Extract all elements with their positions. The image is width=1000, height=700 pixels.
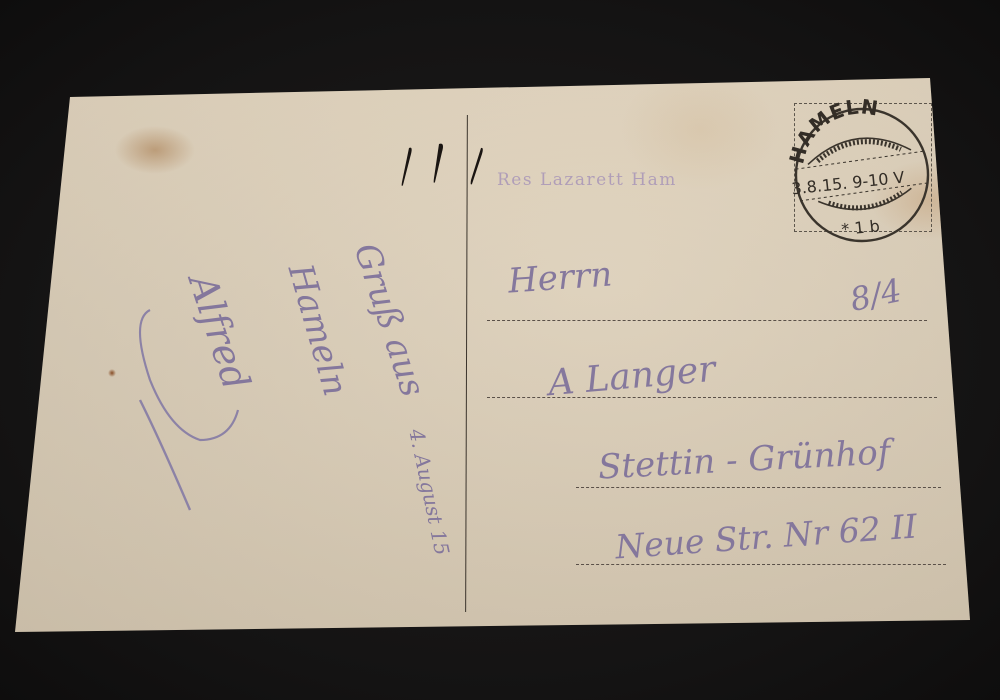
signature-flourish-icon (130, 290, 270, 530)
postmark-bottom: * 1 b (840, 216, 880, 239)
postmark-icon: HAMELN 3.8.15. 9-10 V * 1 b (775, 95, 950, 245)
address-line-3 (576, 487, 941, 488)
ink-mark-icon (395, 140, 495, 200)
hospital-cachet: Res Lazarett Ham (497, 170, 677, 190)
address-salutation: Herrn (507, 254, 614, 301)
svg-text:HAMELN: HAMELN (784, 95, 880, 166)
address-line-1 (487, 320, 927, 321)
